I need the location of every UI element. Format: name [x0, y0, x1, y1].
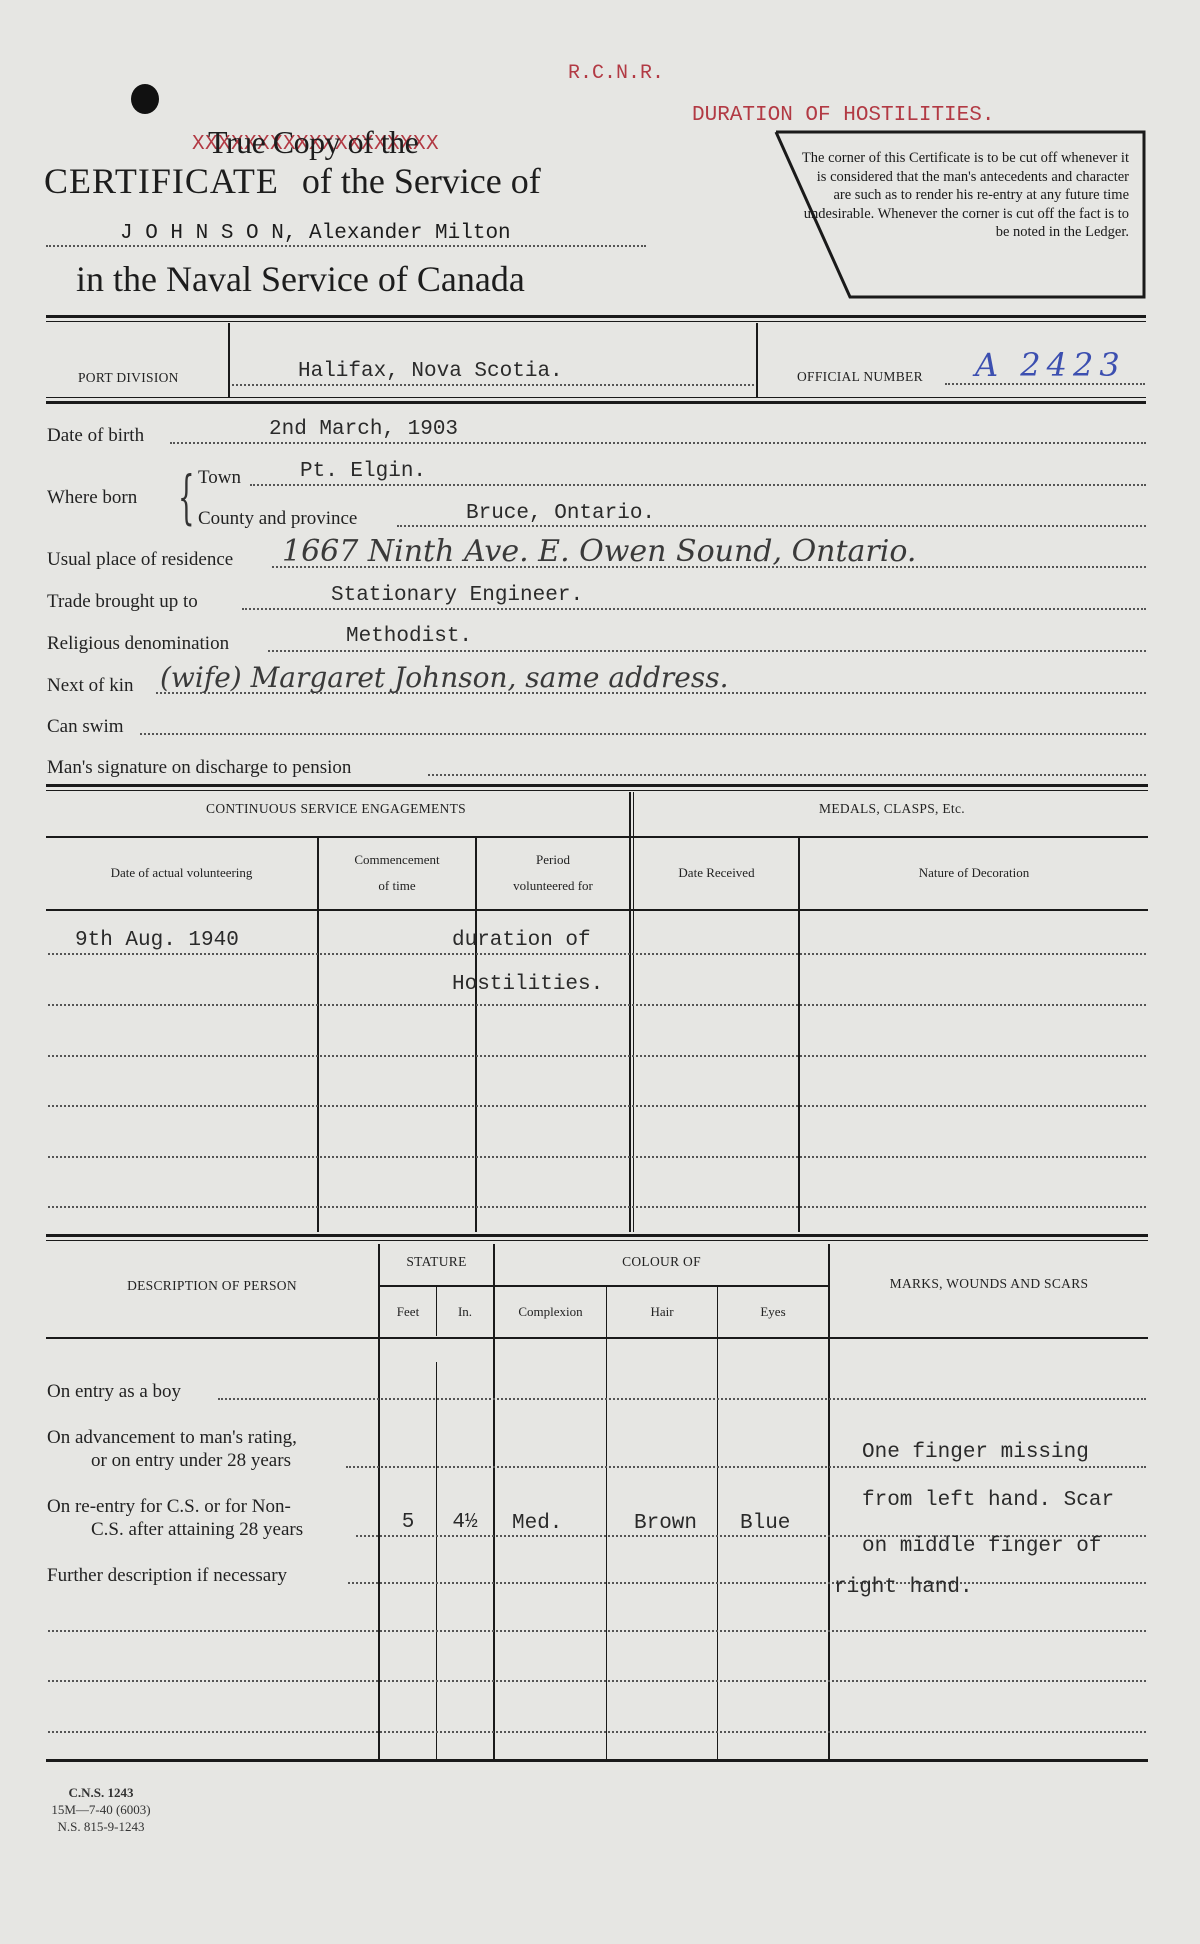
print-run: 15M—7-40 (6003) [46, 1801, 156, 1818]
date-of-birth-value: 2nd March, 1903 [269, 418, 458, 441]
service-columns-divider [46, 909, 1148, 911]
trade-value: Stationary Engineer. [331, 584, 583, 607]
cut-corner-notice: The corner of this Certificate is to be … [772, 129, 1147, 299]
medals-heading: MEDALS, CLASPS, Etc. [633, 801, 1151, 817]
desc-row-6-line [48, 1680, 1146, 1682]
service-medals-divider [629, 792, 631, 1232]
col-date-received-header: Date Received [635, 860, 798, 886]
service-row-line-2 [48, 1004, 1146, 1006]
continuous-service-heading: CONTINUOUS SERVICE ENGAGEMENTS [46, 801, 626, 817]
service-header-divider [46, 836, 1148, 838]
col-period-header: Period volunteered for [477, 847, 629, 899]
description-header-divider [46, 1337, 1148, 1339]
punch-hole [131, 84, 159, 114]
inches-header: In. [437, 1299, 493, 1325]
desc-row-reentry-line2: C.S. after attaining 28 years [91, 1519, 303, 1541]
next-of-kin-label: Next of kin [47, 675, 134, 697]
col-commencement-line2: of time [319, 873, 475, 899]
marks-line-2: from left hand. Scar [862, 1489, 1114, 1512]
service-table-top-rule-thin [46, 790, 1148, 791]
eyes-header: Eyes [718, 1299, 828, 1325]
marks-line-4: right hand. [834, 1576, 973, 1599]
marks-line-3: on middle finger of [862, 1535, 1101, 1558]
double-rule-bottom [46, 401, 1146, 404]
desc-row-7-line [48, 1731, 1146, 1733]
certificate-title: CERTIFICATE of the Service of [44, 160, 541, 202]
town-line [250, 484, 1146, 486]
naval-service-subtitle: in the Naval Service of Canada [76, 258, 525, 300]
official-number-divider [756, 323, 758, 397]
town-label: Town [198, 467, 241, 489]
stature-colour-subrule [380, 1285, 828, 1287]
stature-inches-value: 4½ [437, 1511, 493, 1534]
name-dotted-line [46, 245, 646, 247]
file-reference: N.S. 815-9-1243 [46, 1818, 156, 1835]
desc-col-divider-hair [606, 1286, 607, 1760]
double-rule-top-thin [46, 321, 1146, 322]
service-row-1-volunteering: 9th Aug. 1940 [75, 929, 239, 952]
county-label: County and province [198, 508, 357, 530]
religion-label: Religious denomination [47, 633, 229, 655]
double-rule-bottom-thin [46, 397, 1146, 398]
sailor-name: J O H N S O N, Alexander Milton [120, 222, 511, 245]
service-row-2-period: Hostilities. [452, 973, 603, 996]
certificate-title-rest: of the Service of [302, 161, 541, 201]
residence-label: Usual place of residence [47, 549, 233, 571]
desc-row-advancement-line1: On advancement to man's rating, [47, 1427, 297, 1449]
official-number-value: A 2423 [975, 346, 1126, 384]
service-table-bottom-rule [46, 1234, 1148, 1237]
port-division-label: PORT DIVISION [78, 370, 179, 386]
service-row-line-5 [48, 1156, 1146, 1158]
marks-heading: MARKS, WOUNDS AND SCARS [830, 1276, 1148, 1292]
desc-row-further: Further description if necessary [47, 1565, 287, 1587]
engagement-type-stamp: DURATION OF HOSTILITIES. [692, 104, 994, 127]
town-value: Pt. Elgin. [300, 460, 426, 483]
feet-header: Feet [380, 1299, 436, 1325]
brace-icon: { [178, 468, 195, 526]
desc-row-1-line [218, 1398, 1146, 1400]
port-division-value: Halifax, Nova Scotia. [298, 360, 563, 383]
eyes-value: Blue [740, 1512, 790, 1535]
col-commencement-header: Commencement of time [319, 847, 475, 899]
trade-label: Trade brought up to [47, 591, 198, 613]
true-copy-title: True Copy of the [208, 124, 418, 161]
port-division-dotted-line [232, 384, 754, 386]
desc-row-5-line [48, 1630, 1146, 1632]
service-medals-divider-thin [633, 792, 634, 1232]
complexion-header: Complexion [495, 1299, 606, 1325]
county-line [397, 525, 1146, 527]
hair-value: Brown [634, 1512, 697, 1535]
desc-row-entry-boy: On entry as a boy [47, 1381, 181, 1403]
col-period-line2: volunteered for [477, 873, 629, 899]
county-value: Bruce, Ontario. [466, 502, 655, 525]
stature-heading: STATURE [380, 1254, 493, 1270]
col-period-line1: Period [477, 847, 629, 873]
cut-corner-notice-text: The corner of this Certificate is to be … [799, 149, 1129, 242]
certificate-word: CERTIFICATE [44, 161, 279, 201]
residence-value: 1667 Ninth Ave. E. Owen Sound, Ontario. [282, 534, 916, 569]
next-of-kin-value: (wife) Margaret Johnson, same address. [160, 661, 729, 694]
service-row-line-1 [48, 953, 1146, 955]
can-swim-label: Can swim [47, 716, 124, 738]
signature-line [428, 774, 1146, 776]
double-rule-top [46, 315, 1146, 318]
service-row-line-4 [48, 1105, 1146, 1107]
desc-col-divider-eyes [717, 1286, 718, 1760]
col-divider-3 [798, 838, 800, 1232]
desc-row-advancement-line2: or on entry under 28 years [91, 1450, 291, 1472]
official-number-label: OFFICIAL NUMBER [797, 369, 923, 385]
desc-col-divider-marks [828, 1244, 830, 1760]
trade-line [242, 608, 1146, 610]
description-table-bottom-rule [46, 1759, 1148, 1762]
service-row-line-3 [48, 1055, 1146, 1057]
col-commencement-line1: Commencement [319, 847, 475, 873]
religion-line [268, 650, 1146, 652]
service-row-1-period: duration of [452, 929, 591, 952]
signature-label: Man's signature on discharge to pension [47, 757, 351, 779]
colour-of-heading: COLOUR OF [495, 1254, 828, 1270]
complexion-value: Med. [512, 1512, 562, 1535]
form-number: C.N.S. 1243 [46, 1784, 156, 1801]
hair-header: Hair [607, 1299, 717, 1325]
where-born-label: Where born [47, 487, 137, 509]
col-volunteering-header: Date of actual volunteering [46, 860, 317, 886]
desc-row-reentry-line1: On re-entry for C.S. or for Non- [47, 1496, 291, 1518]
port-divider [228, 323, 230, 397]
desc-row-2-line [346, 1466, 1146, 1468]
can-swim-line [140, 733, 1146, 735]
date-of-birth-label: Date of birth [47, 425, 144, 447]
description-heading: DESCRIPTION OF PERSON [46, 1278, 378, 1294]
service-row-line-6 [48, 1206, 1146, 1208]
stature-feet-value: 5 [380, 1511, 436, 1534]
service-branch-stamp: R.C.N.R. [568, 62, 664, 85]
service-table-bottom-rule-thin [46, 1240, 1148, 1241]
form-footer: C.N.S. 1243 15M—7-40 (6003) N.S. 815-9-1… [46, 1784, 156, 1835]
service-table-top-rule [46, 784, 1148, 787]
desc-col-divider-in [436, 1362, 437, 1760]
date-of-birth-line [170, 442, 1146, 444]
marks-line-1: One finger missing [862, 1441, 1089, 1464]
col-decoration-header: Nature of Decoration [800, 860, 1148, 886]
religion-value: Methodist. [346, 625, 472, 648]
desc-row-4-line [348, 1582, 1146, 1584]
